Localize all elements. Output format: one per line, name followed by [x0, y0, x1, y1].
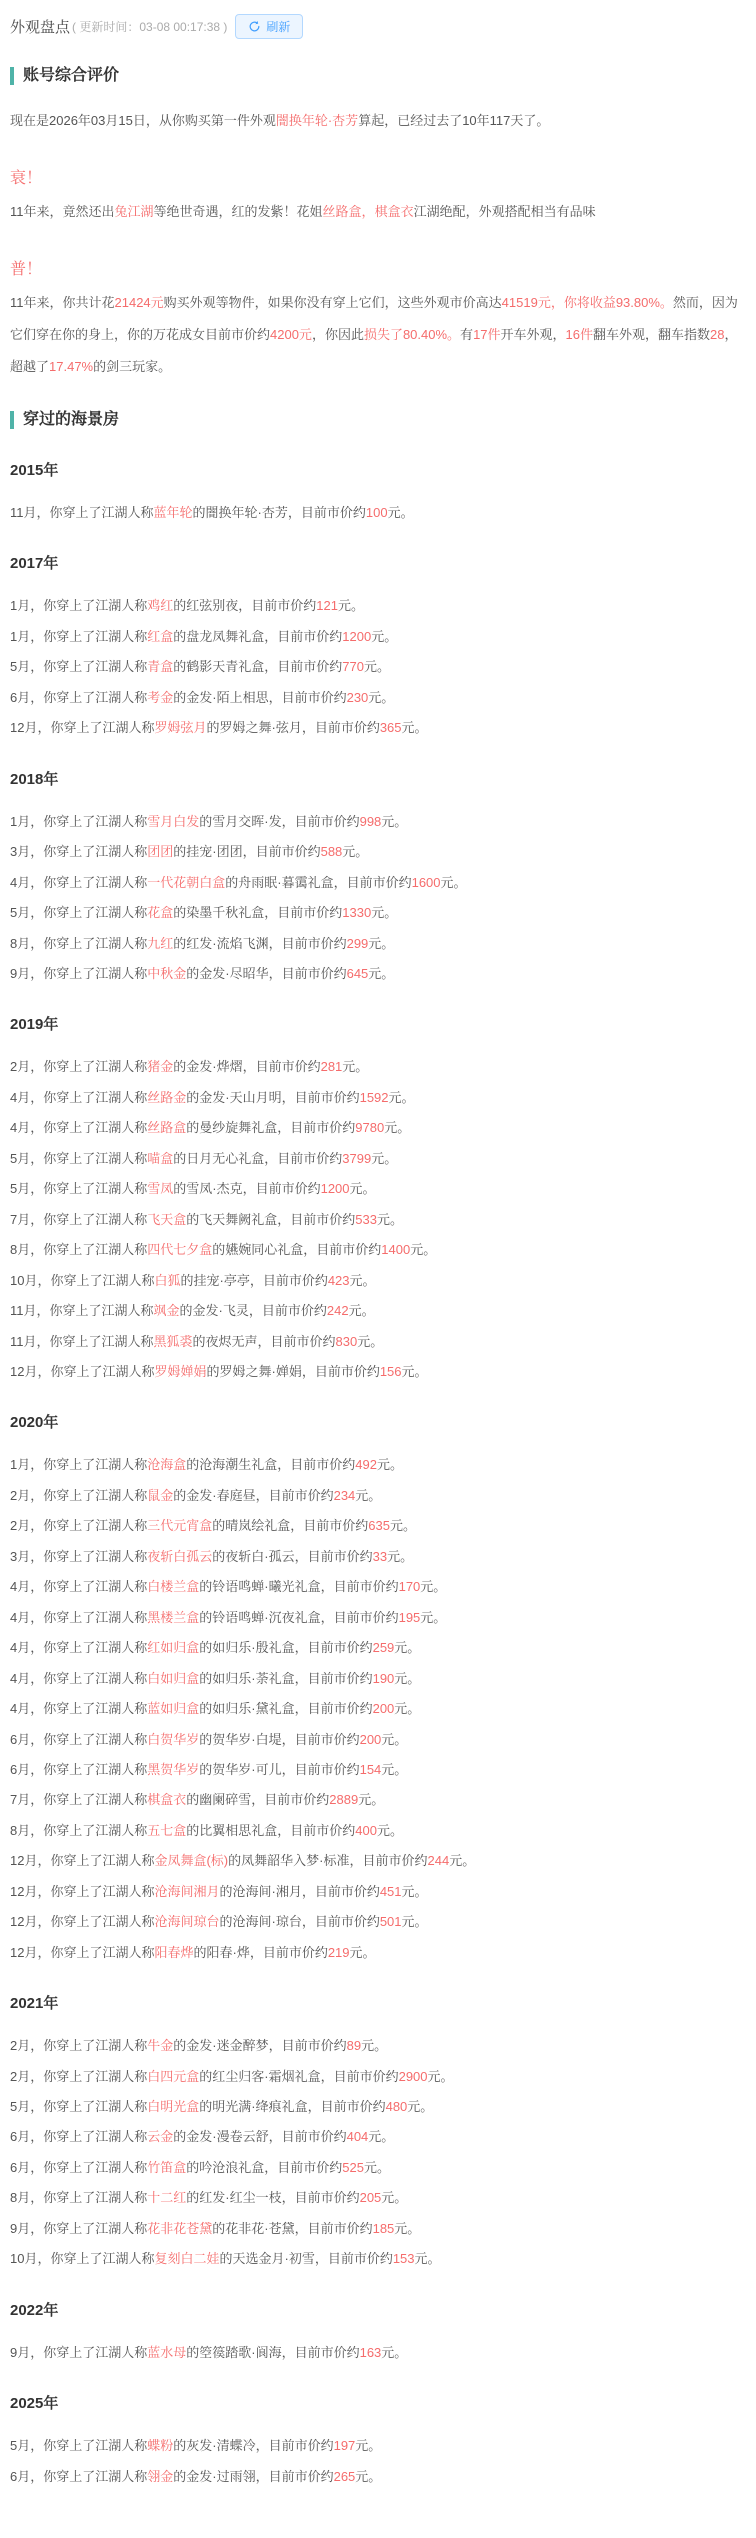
text-run: 5月，你穿上了江湖人称	[10, 659, 147, 674]
timeline-entry: 2月，你穿上了江湖人称白四元盒的红尘归客·霜烟礼盒，目前市价约2900元。	[10, 2068, 738, 2086]
text-run: 算起，已经过去了10年117天了。	[358, 113, 549, 128]
item-nickname: 蝶粉	[147, 2438, 173, 2453]
text-run: 12月，你穿上了江湖人称	[10, 1364, 154, 1379]
text-run: 2月，你穿上了江湖人称	[10, 1488, 147, 1503]
text-run: 元。	[387, 1549, 413, 1564]
text-run: 元。	[407, 2099, 433, 2114]
item-price: 242	[327, 1303, 349, 1318]
text-run: 10月，你穿上了江湖人称	[10, 2251, 154, 2266]
item-nickname: 竹笛盒	[147, 2160, 186, 2175]
text-run: 4月，你穿上了江湖人称	[10, 1579, 147, 1594]
timeline-entry: 6月，你穿上了江湖人称翎金的金发·过雨翎，目前市价约265元。	[10, 2468, 738, 2486]
text-run: 元。	[358, 1792, 384, 1807]
text-run: 元。	[415, 2251, 441, 2266]
text-run: 的金发·陌上相思，目前市价约	[173, 690, 346, 705]
text-run: 9月，你穿上了江湖人称	[10, 966, 147, 981]
text-run: 元。	[377, 1823, 403, 1838]
timeline-entry: 5月，你穿上了江湖人称喵盒的日月无心礼盒，目前市价约3799元。	[10, 1150, 738, 1168]
timeline-entry: 11月，你穿上了江湖人称飒金的金发·飞灵，目前市价约242元。	[10, 1302, 738, 1320]
timeline-entry: 5月，你穿上了江湖人称白明光盒的明光满·绛痕礼盒，目前市价约480元。	[10, 2098, 738, 2116]
timeline-entry: 2月，你穿上了江湖人称猪金的金发·烨熠，目前市价约281元。	[10, 1058, 738, 1076]
text-run: 3月，你穿上了江湖人称	[10, 844, 147, 859]
year-heading: 2019年	[10, 1013, 738, 1034]
text-run: 的铃语鸣蝉·曦光礼盒，目前市价约	[199, 1579, 398, 1594]
item-nickname: 白如归盒	[147, 1671, 199, 1686]
text-run: 元。	[420, 1579, 446, 1594]
text-run: 1月，你穿上了江湖人称	[10, 598, 147, 613]
text-run: 2月，你穿上了江湖人称	[10, 2069, 147, 2084]
item-price: 121	[316, 598, 338, 613]
item-nickname: 丝路盒	[147, 1120, 186, 1135]
year-heading: 2018年	[10, 768, 738, 789]
item-price: 163	[360, 2345, 382, 2360]
item-nickname: 青盒	[147, 659, 173, 674]
item-price: 998	[360, 814, 382, 829]
text-run: 元。	[357, 1334, 383, 1349]
text-run: 9月，你穿上了江湖人称	[10, 2345, 147, 2360]
item-nickname: 牛金	[147, 2038, 173, 2053]
timeline-entry: 2月，你穿上了江湖人称鼠金的金发·春庭昼，目前市价约234元。	[10, 1487, 738, 1505]
text-run: 现在是2026年03月15日，从你购买第一件外观	[10, 113, 276, 128]
timeline-entry: 4月，你穿上了江湖人称黑楼兰盒的铃语鸣蝉·沉夜礼盒，目前市价约195元。	[10, 1609, 738, 1627]
timeline-entry: 9月，你穿上了江湖人称花非花苍黛的花非花·苍黛，目前市价约185元。	[10, 2220, 738, 2238]
text-run: 的雪凤·杰克，目前市价约	[173, 1181, 320, 1196]
item-nickname: 罗姆婵娟	[154, 1364, 206, 1379]
text-run: 元。	[394, 1640, 420, 1655]
text-run: 的金发·烨熠，目前市价约	[173, 1059, 320, 1074]
text-run: 8月，你穿上了江湖人称	[10, 2190, 147, 2205]
text-run: 的剑三玩家。	[93, 359, 171, 374]
timeline-entry: 4月，你穿上了江湖人称丝路盒的曼纱旋舞礼盒，目前市价约9780元。	[10, 1119, 738, 1137]
year-heading: 2022年	[10, 2299, 738, 2320]
text-run: 5月，你穿上了江湖人称	[10, 2099, 147, 2114]
text-run: 的沧海潮生礼盒，目前市价约	[186, 1457, 355, 1472]
item-nickname: 蓝如归盒	[147, 1701, 199, 1716]
text-run: 的金发·迷金醉梦，目前市价约	[173, 2038, 346, 2053]
text-run: 12月，你穿上了江湖人称	[10, 1884, 154, 1899]
refresh-button-label: 刷新	[266, 21, 290, 33]
item-nickname: 三代元宵盒	[147, 1518, 212, 1533]
verdict-shuai-heading: 衰！	[10, 165, 738, 188]
item-price: 281	[321, 1059, 343, 1074]
item-price: 480	[386, 2099, 408, 2114]
timeline-entry: 12月，你穿上了江湖人称沧海间湘月的沧海间·湘月，目前市价约451元。	[10, 1883, 738, 1901]
refresh-button[interactable]: 刷新	[235, 14, 303, 39]
item-price: 33	[373, 1549, 387, 1564]
item-nickname: 雪凤	[147, 1181, 173, 1196]
item-price: 200	[373, 1701, 395, 1716]
text-run: 的明光满·绛痕礼盒，目前市价约	[199, 2099, 385, 2114]
timeline-entry: 12月，你穿上了江湖人称阳春烨的阳春·烨，目前市价约219元。	[10, 1944, 738, 1962]
text-run: 等绝世奇遇，红的发紫！花姐	[154, 204, 323, 219]
text-run: 4月，你穿上了江湖人称	[10, 1671, 147, 1686]
text-run: 12月，你穿上了江湖人称	[10, 720, 154, 735]
text-run: 的染墨千秋礼盒，目前市价约	[173, 905, 342, 920]
timeline-entry: 12月，你穿上了江湖人称罗姆弦月的罗姆之舞·弦月，目前市价约365元。	[10, 719, 738, 737]
text-run: 元。	[368, 2129, 394, 2144]
item-price: 230	[347, 690, 369, 705]
item-nickname: 一代花朝白盒	[147, 875, 225, 890]
text-run: 元。	[384, 1120, 410, 1135]
text-run: 的金发·飞灵，目前市价约	[180, 1303, 327, 1318]
text-run: 元。	[377, 1212, 403, 1227]
text-run: 8月，你穿上了江湖人称	[10, 1823, 147, 1838]
text-run: 的花非花·苍黛，目前市价约	[212, 2221, 372, 2236]
item-nickname: 沧海间湘月	[154, 1884, 219, 1899]
text-run: 4月，你穿上了江湖人称	[10, 1640, 147, 1655]
item-price: 451	[380, 1884, 402, 1899]
text-run: 元。	[350, 1273, 376, 1288]
text-run: 4月，你穿上了江湖人称	[10, 1090, 147, 1105]
text-run: 翻车外观，翻车指数	[593, 327, 710, 342]
text-run: 元。	[349, 1303, 375, 1318]
timeline-entry: 12月，你穿上了江湖人称金凤舞盒(标)的凤舞韶华入梦·标准，目前市价约244元。	[10, 1852, 738, 1870]
item-price: 501	[380, 1914, 402, 1929]
text-run: 10月，你穿上了江湖人称	[10, 1273, 154, 1288]
text-run: 元。	[350, 1181, 376, 1196]
text-run: 12月，你穿上了江湖人称	[10, 1853, 154, 1868]
item-price: 195	[399, 1610, 421, 1625]
text-run: 的鹤影天青礼盒，目前市价约	[173, 659, 342, 674]
text-run: 元。	[390, 1518, 416, 1533]
text-run: 的挂宠·亭亭，目前市价约	[180, 1273, 327, 1288]
text-run: 元。	[371, 1151, 397, 1166]
text-run: 的金发·漫卷云舒，目前市价约	[173, 2129, 346, 2144]
timeline-entry: 3月，你穿上了江湖人称夜斩白孤云的夜斩白·孤云，目前市价约33元。	[10, 1548, 738, 1566]
text-run: 元。	[402, 1884, 428, 1899]
item-price: 3799	[342, 1151, 371, 1166]
item-price: 645	[347, 966, 369, 981]
item-nickname: 团团	[147, 844, 173, 859]
timeline-entry: 6月，你穿上了江湖人称考金的金发·陌上相思，目前市价约230元。	[10, 689, 738, 707]
year-heading: 2015年	[10, 459, 738, 480]
text-run: 的挂宠·团团，目前市价约	[173, 844, 320, 859]
verdict-shuai-paragraph: 11年来，竟然还出兔江湖等绝世奇遇，红的发紫！花姐丝路盒，棋盒衣江湖绝配，外观搭…	[10, 196, 738, 228]
item-price: 190	[373, 1671, 395, 1686]
item-price: 1330	[342, 905, 371, 920]
item-price: 404	[347, 2129, 369, 2144]
text-run: 11年来，你共计花	[10, 295, 115, 310]
text-run: 6月，你穿上了江湖人称	[10, 2129, 147, 2144]
highlight-text: 丝路盒	[323, 204, 362, 219]
timeline-entry: 8月，你穿上了江湖人称四代七夕盒的嬿婉同心礼盒，目前市价约1400元。	[10, 1241, 738, 1259]
text-run: 元。	[342, 1059, 368, 1074]
text-run: 元。	[394, 1701, 420, 1716]
text-run: 元。	[355, 1488, 381, 1503]
timeline-entry: 12月，你穿上了江湖人称罗姆婵娟的罗姆之舞·婵娟，目前市价约156元。	[10, 1363, 738, 1381]
text-run: 的闇换年轮·杏芳，目前市价约	[193, 505, 366, 520]
text-run: 12月，你穿上了江湖人称	[10, 1945, 154, 1960]
timeline-entry: 1月，你穿上了江湖人称红盒的盘龙凤舞礼盒，目前市价约1200元。	[10, 628, 738, 646]
item-nickname: 黑楼兰盒	[147, 1610, 199, 1625]
item-nickname: 红盒	[147, 629, 173, 644]
text-run: 的罗姆之舞·弦月，目前市价约	[206, 720, 379, 735]
text-run: 的盘龙凤舞礼盒，目前市价约	[173, 629, 342, 644]
text-run: 3月，你穿上了江湖人称	[10, 1549, 147, 1564]
verdict-pu-paragraph: 11年来，你共计花21424元购买外观等物件，如果你没有穿上它们，这些外观市价高…	[10, 287, 738, 383]
text-run: 元。	[368, 936, 394, 951]
year-heading: 2020年	[10, 1411, 738, 1432]
text-run: 元。	[377, 1457, 403, 1472]
timeline-entry: 10月，你穿上了江湖人称白狐的挂宠·亭亭，目前市价约423元。	[10, 1272, 738, 1290]
item-price: 1400	[381, 1242, 410, 1257]
text-run: 的舟雨眠·暮霭礼盒，目前市价约	[225, 875, 411, 890]
timeline-entry: 6月，你穿上了江湖人称云金的金发·漫卷云舒，目前市价约404元。	[10, 2128, 738, 2146]
text-run: 的曼纱旋舞礼盒，目前市价约	[186, 1120, 355, 1135]
text-run: 的铃语鸣蝉·沉夜礼盒，目前市价约	[199, 1610, 398, 1625]
item-nickname: 沧海盒	[147, 1457, 186, 1472]
item-price: 265	[334, 2469, 356, 2484]
section-title-account-evaluation: 账号综合评价	[10, 67, 738, 85]
year-heading: 2025年	[10, 2392, 738, 2413]
text-run: 的罗姆之舞·婵娟，目前市价约	[206, 1364, 379, 1379]
text-run: 5月，你穿上了江湖人称	[10, 905, 147, 920]
text-run: 元。	[420, 1610, 446, 1625]
item-price: 9780	[355, 1120, 384, 1135]
item-nickname: 沧海间琼台	[154, 1914, 219, 1929]
intro-paragraph: 现在是2026年03月15日，从你购买第一件外观闇换年轮·杏芳算起，已经过去了1…	[10, 105, 738, 137]
text-run: 1月，你穿上了江湖人称	[10, 1457, 147, 1472]
text-run: 的阳春·烨，目前市价约	[193, 1945, 327, 1960]
item-nickname: 丝路金	[147, 1090, 186, 1105]
item-price: 635	[368, 1518, 390, 1533]
text-run: 元。	[364, 2160, 390, 2175]
text-run: 元。	[449, 1853, 475, 1868]
text-run: 元。	[394, 2221, 420, 2236]
timeline-entry: 2月，你穿上了江湖人称牛金的金发·迷金醉梦，目前市价约89元。	[10, 2037, 738, 2055]
item-nickname: 棋盒衣	[147, 1792, 186, 1807]
timeline-entry: 7月，你穿上了江湖人称飞天盒的飞天舞阙礼盒，目前市价约533元。	[10, 1211, 738, 1229]
text-run: 的夜斩白·孤云，目前市价约	[212, 1549, 372, 1564]
text-run: 8月，你穿上了江湖人称	[10, 1242, 147, 1257]
item-nickname: 飞天盒	[147, 1212, 186, 1227]
highlight-text: 16件	[566, 327, 593, 342]
timeline-entry: 4月，你穿上了江湖人称一代花朝白盒的舟雨眠·暮霭礼盒，目前市价约1600元。	[10, 874, 738, 892]
highlight-text: 棋盒衣	[375, 204, 414, 219]
year-heading: 2017年	[10, 552, 738, 573]
section-title-worn-items: 穿过的海景房	[10, 411, 738, 429]
timeline-entry: 5月，你穿上了江湖人称雪凤的雪凤·杰克，目前市价约1200元。	[10, 1180, 738, 1198]
text-run: 元。	[371, 905, 397, 920]
item-nickname: 阳春烨	[154, 1945, 193, 1960]
item-price: 219	[328, 1945, 350, 1960]
text-run: 5月，你穿上了江湖人称	[10, 2438, 147, 2453]
highlight-text: 4200元	[270, 327, 312, 342]
timeline-entry: 1月，你穿上了江湖人称雪月白发的雪月交晖·发，目前市价约998元。	[10, 813, 738, 831]
text-run: 的金发·过雨翎，目前市价约	[173, 2469, 333, 2484]
text-run: 11年来，竟然还出	[10, 204, 115, 219]
text-run: 购买外观等物件，如果你没有穿上它们，这些外观市价高达	[164, 295, 502, 310]
item-price: 1200	[342, 629, 371, 644]
item-price: 423	[328, 1273, 350, 1288]
item-nickname: 翎金	[147, 2469, 173, 2484]
item-price: 2889	[329, 1792, 358, 1807]
item-nickname: 雪月白发	[147, 814, 199, 829]
item-nickname: 白明光盒	[147, 2099, 199, 2114]
text-run: 的飞天舞阙礼盒，目前市价约	[186, 1212, 355, 1227]
item-nickname: 黑贺华岁	[147, 1762, 199, 1777]
text-run: 5月，你穿上了江湖人称	[10, 1181, 147, 1196]
text-run: 的如归乐·殷礼盒，目前市价约	[199, 1640, 372, 1655]
highlight-text: 损失了80.40%。	[364, 327, 460, 342]
text-run: 元。	[381, 2190, 407, 2205]
highlight-text: 41519元，你将收益93.80%。	[502, 295, 673, 310]
text-run: 元。	[402, 720, 428, 735]
item-nickname: 花非花苍黛	[147, 2221, 212, 2236]
timeline-entry: 4月，你穿上了江湖人称白楼兰盒的铃语鸣蝉·曦光礼盒，目前市价约170元。	[10, 1578, 738, 1596]
timeline-entry: 4月，你穿上了江湖人称丝路金的金发·天山月明，目前市价约1592元。	[10, 1089, 738, 1107]
text-run: 4月，你穿上了江湖人称	[10, 1610, 147, 1625]
text-run: 元。	[428, 2069, 454, 2084]
text-run: 元。	[381, 814, 407, 829]
text-run: 的金发·尽昭华，目前市价约	[186, 966, 346, 981]
text-run: 元。	[355, 2438, 381, 2453]
timeline-entry: 11月，你穿上了江湖人称蓝年轮的闇换年轮·杏芳，目前市价约100元。	[10, 504, 738, 522]
text-run: ，你因此	[312, 327, 364, 342]
item-nickname: 花盒	[147, 905, 173, 920]
item-nickname: 鼠金	[147, 1488, 173, 1503]
text-run: 元。	[381, 2345, 407, 2360]
item-price: 770	[342, 659, 364, 674]
timeline-entry: 10月，你穿上了江湖人称复刻白二娃的天选金月·初雪，目前市价约153元。	[10, 2250, 738, 2268]
text-run: 的贺华岁·白堤，目前市价约	[199, 1732, 359, 1747]
timeline-entry: 6月，你穿上了江湖人称竹笛盒的吟沧浪礼盒，目前市价约525元。	[10, 2159, 738, 2177]
text-run: 江湖绝配，外观搭配相当有品味	[414, 204, 596, 219]
timeline-entry: 9月，你穿上了江湖人称蓝水母的箜篌踏歌·阆海，目前市价约163元。	[10, 2344, 738, 2362]
text-run: 开车外观，	[501, 327, 566, 342]
item-price: 205	[360, 2190, 382, 2205]
text-run: 4月，你穿上了江湖人称	[10, 1701, 147, 1716]
item-price: 259	[373, 1640, 395, 1655]
verdict-pu-heading: 普！	[10, 256, 738, 279]
timeline-entry: 1月，你穿上了江湖人称沧海盒的沧海潮生礼盒，目前市价约492元。	[10, 1456, 738, 1474]
update-time: ( 更新时间：03-08 00:17:38 )	[72, 18, 227, 35]
text-run: 4月，你穿上了江湖人称	[10, 875, 147, 890]
year-heading: 2021年	[10, 1992, 738, 2013]
item-price: 533	[355, 1212, 377, 1227]
text-run: 的沧海间·湘月，目前市价约	[219, 1884, 379, 1899]
text-run: 6月，你穿上了江湖人称	[10, 1762, 147, 1777]
text-run: 4月，你穿上了江湖人称	[10, 1120, 147, 1135]
text-run: 元。	[338, 598, 364, 613]
item-nickname: 夜斩白孤云	[147, 1549, 212, 1564]
timeline-entry: 1月，你穿上了江湖人称鸡红的红弦别夜，目前市价约121元。	[10, 597, 738, 615]
item-nickname: 飒金	[154, 1303, 180, 1318]
highlight-text: 28	[710, 327, 724, 342]
text-run: 的比翼相思礼盒，目前市价约	[186, 1823, 355, 1838]
timeline-entry: 5月，你穿上了江湖人称花盒的染墨千秋礼盒，目前市价约1330元。	[10, 904, 738, 922]
text-run: 元。	[355, 2469, 381, 2484]
item-price: 588	[321, 844, 343, 859]
timeline: 2015年11月，你穿上了江湖人称蓝年轮的闇换年轮·杏芳，目前市价约100元。2…	[10, 459, 738, 2486]
text-run: 6月，你穿上了江湖人称	[10, 2160, 147, 2175]
text-run: 元。	[364, 659, 390, 674]
text-run: 元。	[350, 1945, 376, 1960]
item-nickname: 九红	[147, 936, 173, 951]
item-nickname: 中秋金	[147, 966, 186, 981]
timeline-entry: 8月，你穿上了江湖人称十二红的红发·红尘一枝，目前市价约205元。	[10, 2189, 738, 2207]
item-price: 244	[427, 1853, 449, 1868]
text-run: 1月，你穿上了江湖人称	[10, 814, 147, 829]
item-price: 2900	[399, 2069, 428, 2084]
item-price: 170	[399, 1579, 421, 1594]
item-nickname: 金凤舞盒(标)	[154, 1853, 228, 1868]
timeline-entry: 9月，你穿上了江湖人称中秋金的金发·尽昭华，目前市价约645元。	[10, 965, 738, 983]
timeline-entry: 6月，你穿上了江湖人称黑贺华岁的贺华岁·可儿，目前市价约154元。	[10, 1761, 738, 1779]
timeline-entry: 5月，你穿上了江湖人称青盒的鹤影天青礼盒，目前市价约770元。	[10, 658, 738, 676]
item-price: 200	[360, 1732, 382, 1747]
item-price: 89	[347, 2038, 361, 2053]
item-nickname: 蓝水母	[147, 2345, 186, 2360]
item-nickname: 复刻白二娃	[154, 2251, 219, 2266]
text-run: 元。	[402, 1364, 428, 1379]
text-run: 的嬿婉同心礼盒，目前市价约	[212, 1242, 381, 1257]
text-run: 的幽阑碎雪，目前市价约	[186, 1792, 329, 1807]
timeline-entry: 4月，你穿上了江湖人称蓝如归盒的如归乐·黛礼盒，目前市价约200元。	[10, 1700, 738, 1718]
text-run: 元。	[368, 966, 394, 981]
item-nickname: 黑狐裘	[154, 1334, 193, 1349]
item-nickname: 白四元盒	[147, 2069, 199, 2084]
text-run: 元。	[388, 505, 414, 520]
item-nickname: 白贺华岁	[147, 1732, 199, 1747]
text-run: 的天选金月·初雪，目前市价约	[219, 2251, 392, 2266]
item-nickname: 云金	[147, 2129, 173, 2144]
text-run: 的雪月交晖·发，目前市价约	[199, 814, 359, 829]
item-nickname: 四代七夕盒	[147, 1242, 212, 1257]
text-run: 6月，你穿上了江湖人称	[10, 690, 147, 705]
text-run: 的红尘归客·霜烟礼盒，目前市价约	[199, 2069, 398, 2084]
highlight-text: 闇换年轮·杏芳	[276, 113, 358, 128]
timeline-entry: 4月，你穿上了江湖人称红如归盒的如归乐·殷礼盒，目前市价约259元。	[10, 1639, 738, 1657]
text-run: 9月，你穿上了江湖人称	[10, 2221, 147, 2236]
text-run: 的如归乐·荼礼盒，目前市价约	[199, 1671, 372, 1686]
text-run: 8月，你穿上了江湖人称	[10, 936, 147, 951]
text-run: 2月，你穿上了江湖人称	[10, 1518, 147, 1533]
timeline-entry: 7月，你穿上了江湖人称棋盒衣的幽阑碎雪，目前市价约2889元。	[10, 1791, 738, 1809]
timeline-entry: 3月，你穿上了江湖人称团团的挂宠·团团，目前市价约588元。	[10, 843, 738, 861]
highlight-text: 兔江湖	[115, 204, 154, 219]
item-price: 154	[360, 1762, 382, 1777]
item-nickname: 白楼兰盒	[147, 1579, 199, 1594]
item-price: 400	[355, 1823, 377, 1838]
text-run: 的夜烬无声，目前市价约	[193, 1334, 336, 1349]
text-run: 的如归乐·黛礼盒，目前市价约	[199, 1701, 372, 1716]
text-run: 的日月无心礼盒，目前市价约	[173, 1151, 342, 1166]
timeline-entry: 12月，你穿上了江湖人称沧海间琼台的沧海间·琼台，目前市价约501元。	[10, 1913, 738, 1931]
text-run: 2月，你穿上了江湖人称	[10, 1059, 147, 1074]
text-run: 11月，你穿上了江湖人称	[10, 505, 154, 520]
text-run: 元。	[394, 1671, 420, 1686]
timeline-entry: 8月，你穿上了江湖人称五七盒的比翼相思礼盒，目前市价约400元。	[10, 1822, 738, 1840]
timeline-entry: 5月，你穿上了江湖人称蝶粉的灰发·清蝶冷，目前市价约197元。	[10, 2437, 738, 2455]
text-run: 有	[460, 327, 473, 342]
refresh-icon	[248, 20, 261, 33]
timeline-entry: 6月，你穿上了江湖人称白贺华岁的贺华岁·白堤，目前市价约200元。	[10, 1731, 738, 1749]
item-nickname: 五七盒	[147, 1823, 186, 1838]
item-nickname: 十二红	[147, 2190, 186, 2205]
item-price: 1600	[412, 875, 441, 890]
item-nickname: 红如归盒	[147, 1640, 199, 1655]
text-run: 5月，你穿上了江湖人称	[10, 1151, 147, 1166]
text-run: 的贺华岁·可儿，目前市价约	[199, 1762, 359, 1777]
item-price: 1592	[360, 1090, 389, 1105]
text-run: 的晴岚绘礼盒，目前市价约	[212, 1518, 368, 1533]
text-run: 元。	[381, 1732, 407, 1747]
item-price: 153	[393, 2251, 415, 2266]
item-price: 830	[336, 1334, 358, 1349]
text-run: 11月，你穿上了江湖人称	[10, 1334, 154, 1349]
item-price: 365	[380, 720, 402, 735]
